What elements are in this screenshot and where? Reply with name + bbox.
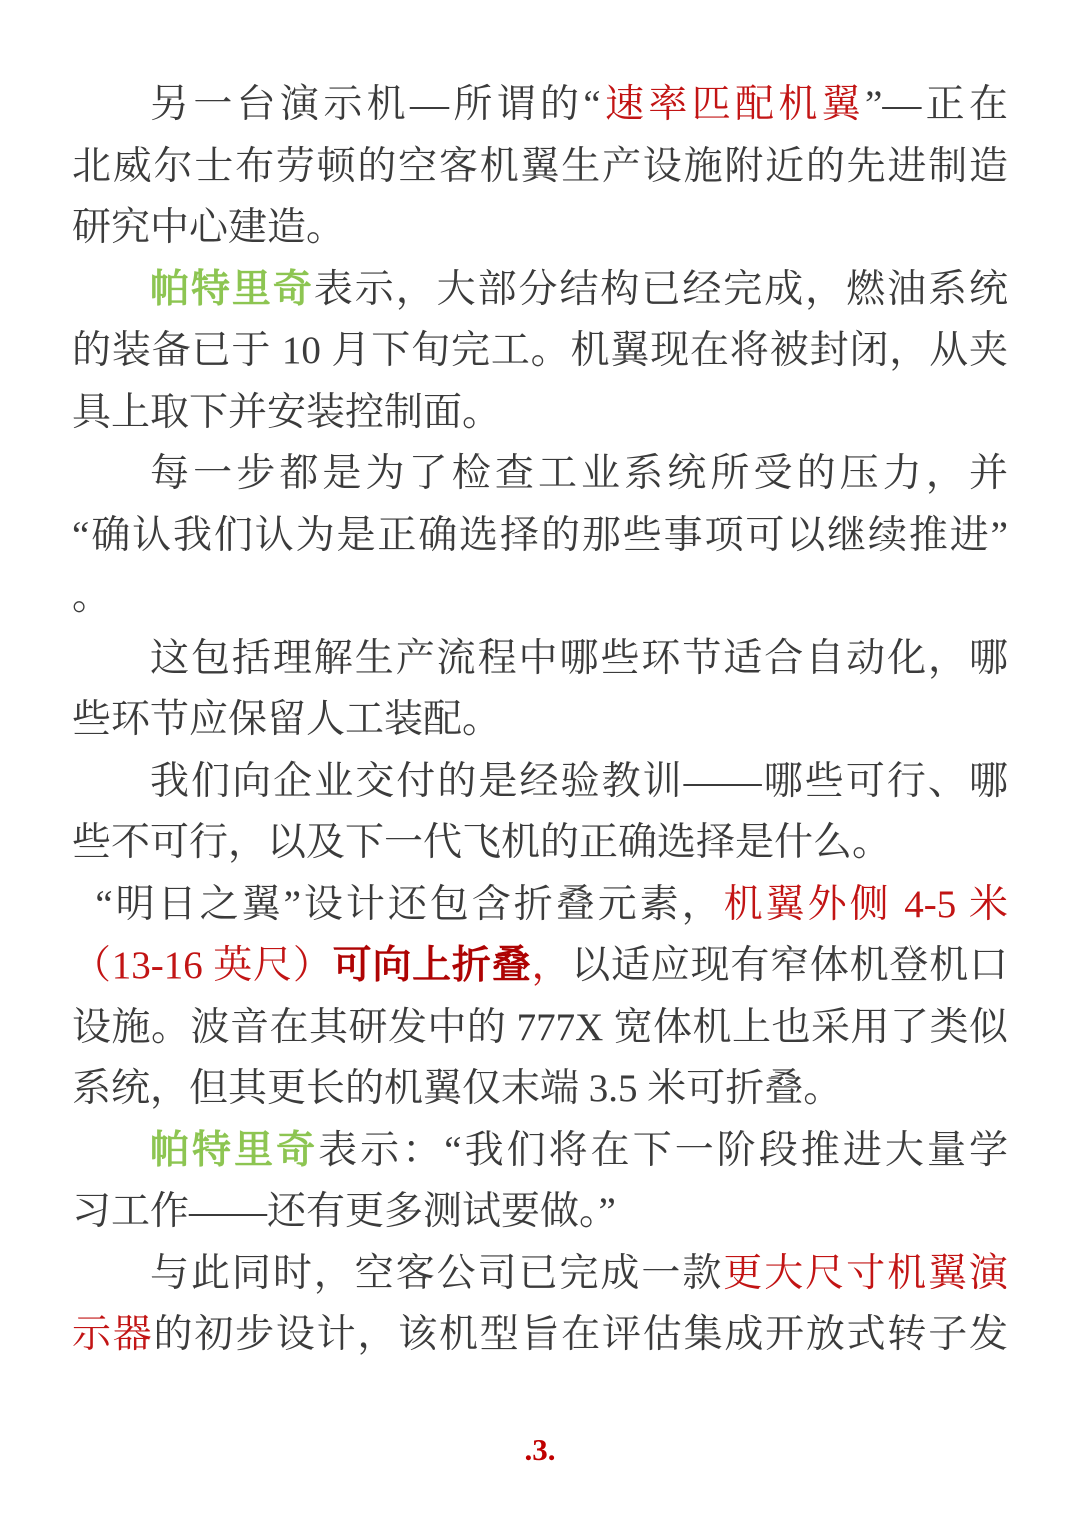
text-segment: 速率匹配机翼: [601, 83, 865, 126]
text-line: 些不可行，以及下一代飞机的正确选择是什么。: [72, 812, 1008, 874]
text-segment: 帕特里奇: [150, 1129, 318, 1172]
text-segment: ，: [531, 944, 571, 987]
text-line: 帕特里奇表示：“我们将在下一阶段推进大量学: [72, 1120, 1008, 1182]
text-segment: 具上取下并安装控制面。: [72, 391, 501, 434]
text-segment: “明日之翼”设计还包含折叠元素，: [95, 883, 723, 926]
text-line: （13-16 英尺）可向上折叠，以适应现有窄体机登机口: [72, 935, 1008, 997]
text-segment: 机翼外侧 4-5 米: [724, 883, 1008, 926]
text-segment: 表示，大部分结构已经完成，燃油系统: [314, 268, 1008, 311]
text-segment: 系统，但其更长的机翼仅末端 3.5 米可折叠。: [72, 1067, 842, 1110]
text-line: 我们向企业交付的是经验教训——哪些可行、哪: [72, 751, 1008, 813]
text-segment: 表示：“我们将在下一阶段推进大量学: [318, 1129, 1008, 1172]
text-line: 示器的初步设计，该机型旨在评估集成开放式转子发: [72, 1304, 1008, 1366]
text-line: 每一步都是为了检查工业系统所受的压力，并: [72, 443, 1008, 505]
text-line: 具上取下并安装控制面。: [72, 382, 1008, 444]
text-segment: ”—正在: [865, 83, 1008, 126]
text-line: “确认我们认为是正确选择的那些事项可以继续推进”: [72, 505, 1008, 567]
text-segment: 帕特里奇: [150, 268, 314, 311]
text-segment: 另一台演示机—所谓的“: [150, 83, 601, 126]
text-line: 研究中心建造。: [72, 197, 1008, 259]
text-segment: 以适应现有窄体机登机口: [571, 944, 1008, 987]
text-segment: 些环节应保留人工装配。: [72, 698, 501, 741]
text-line: 习工作——还有更多测试要做。”: [72, 1181, 1008, 1243]
text-segment: 每一步都是为了检查工业系统所受的压力，并: [150, 452, 1008, 495]
text-segment: 更大尺寸机翼演: [723, 1252, 1008, 1295]
text-segment: 习工作——还有更多测试要做。”: [72, 1190, 616, 1233]
text-segment: 示器: [72, 1313, 154, 1356]
text-line: 北威尔士布劳顿的空客机翼生产设施附近的先进制造: [72, 136, 1008, 198]
article-body: 另一台演示机—所谓的“速率匹配机翼”—正在北威尔士布劳顿的空客机翼生产设施附近的…: [72, 74, 1008, 1366]
text-segment: 。: [72, 575, 111, 618]
page-number: .3.: [0, 1432, 1080, 1468]
text-segment: （13-16 英尺）: [72, 944, 333, 987]
text-line: 帕特里奇表示，大部分结构已经完成，燃油系统: [72, 259, 1008, 321]
text-line: 这包括理解生产流程中哪些环节适合自动化，哪: [72, 628, 1008, 690]
text-segment: 北威尔士布劳顿的空客机翼生产设施附近的先进制造: [72, 145, 1008, 188]
text-segment: “确认我们认为是正确选择的那些事项可以继续推进”: [72, 514, 1008, 557]
text-line: “明日之翼”设计还包含折叠元素，机翼外侧 4-5 米: [72, 874, 1008, 936]
text-line: 另一台演示机—所谓的“速率匹配机翼”—正在: [72, 74, 1008, 136]
text-line: 些环节应保留人工装配。: [72, 689, 1008, 751]
text-line: 的装备已于 10 月下旬完工。机翼现在将被封闭，从夹: [72, 320, 1008, 382]
text-segment: 些不可行，以及下一代飞机的正确选择是什么。: [72, 821, 891, 864]
text-segment: 设施。波音在其研发中的 777X 宽体机上也采用了类似: [72, 1006, 1008, 1049]
text-segment: 的初步设计，该机型旨在评估集成开放式转子发: [154, 1313, 1008, 1356]
text-line: 与此同时，空客公司已完成一款更大尺寸机翼演: [72, 1243, 1008, 1305]
text-line: 系统，但其更长的机翼仅末端 3.5 米可折叠。: [72, 1058, 1008, 1120]
text-segment: 的装备已于 10 月下旬完工。机翼现在将被封闭，从夹: [72, 329, 1008, 372]
text-line: 设施。波音在其研发中的 777X 宽体机上也采用了类似: [72, 997, 1008, 1059]
document-page: 另一台演示机—所谓的“速率匹配机翼”—正在北威尔士布劳顿的空客机翼生产设施附近的…: [0, 0, 1080, 1527]
text-segment: 我们向企业交付的是经验教训——哪些可行、哪: [150, 760, 1008, 803]
text-segment: 研究中心建造。: [72, 206, 345, 249]
text-segment: 这包括理解生产流程中哪些环节适合自动化，哪: [150, 637, 1008, 680]
text-segment: 与此同时，空客公司已完成一款: [150, 1252, 723, 1295]
text-line: 。: [72, 566, 1008, 628]
text-segment: 可向上折叠: [333, 944, 532, 987]
